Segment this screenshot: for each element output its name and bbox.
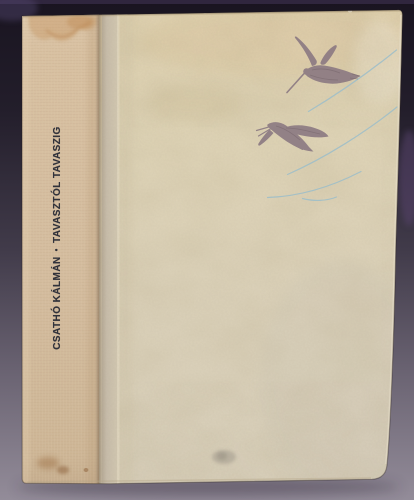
backdrop-purple-edge bbox=[0, 0, 414, 4]
spine-title-text: CSATHÓ KÁLMÁN • TAVASZTÓL TAVASZIG bbox=[53, 126, 63, 350]
book bbox=[18, 6, 414, 500]
spine-author: CSATHÓ KÁLMÁN bbox=[53, 256, 63, 349]
spine-book-title: TAVASZTÓL TAVASZIG bbox=[53, 126, 63, 243]
book-photo: CSATHÓ KÁLMÁN • TAVASZTÓL TAVASZIG bbox=[0, 0, 414, 500]
spine-separator-dot: • bbox=[53, 248, 61, 251]
